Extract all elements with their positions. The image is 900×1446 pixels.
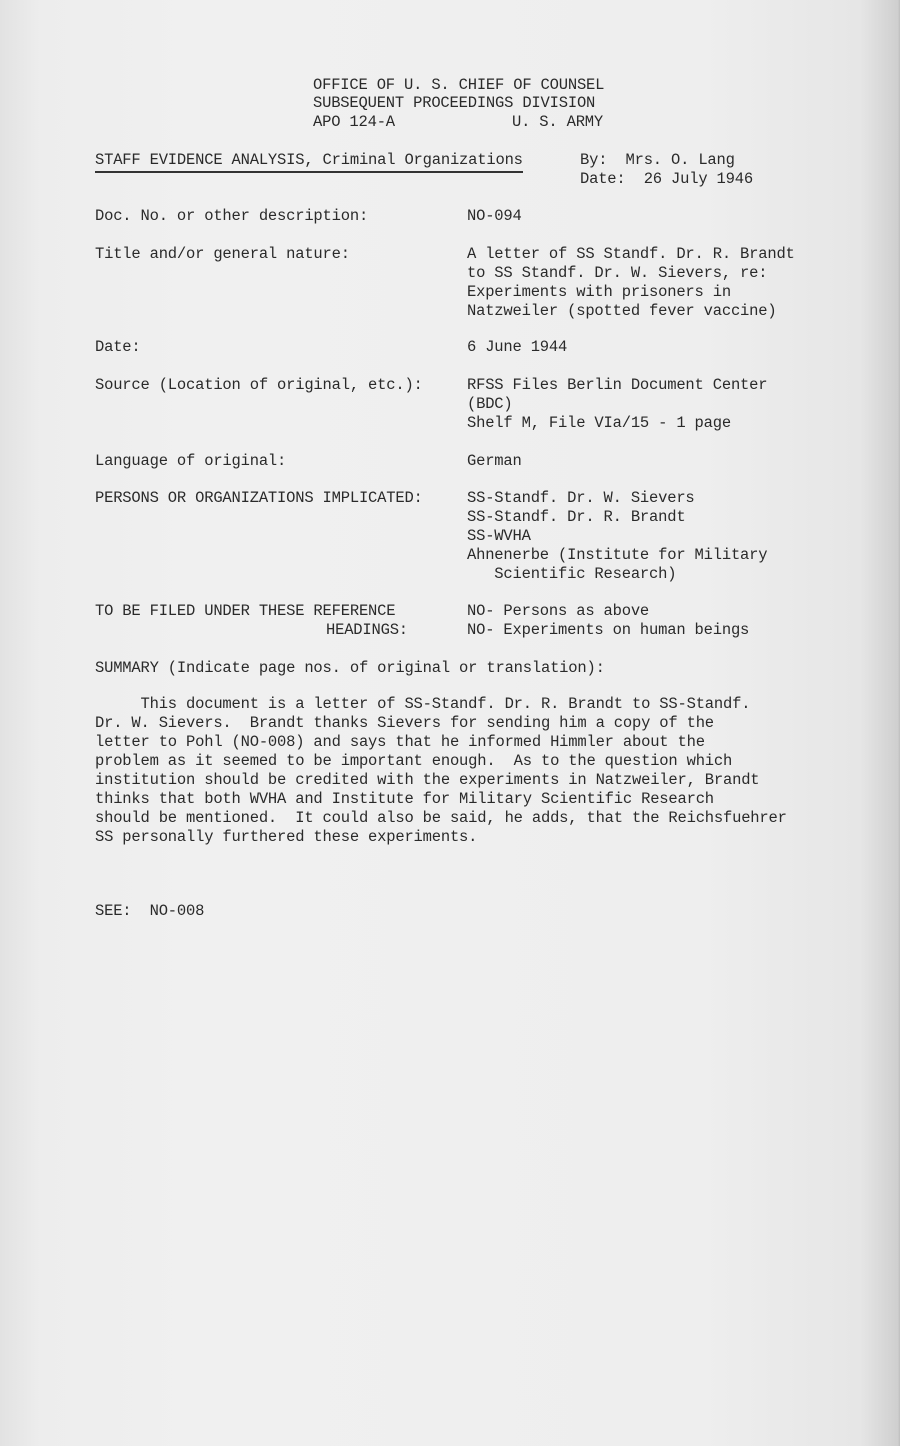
filed-line: NO- Experiments on human beings	[467, 621, 749, 640]
source-label: Source (Location of original, etc.):	[95, 376, 423, 395]
persons-line: Scientific Research)	[467, 565, 676, 584]
header-apo: APO 124-A	[313, 113, 395, 132]
doc-no-value: NO-094	[467, 207, 522, 226]
document-page: OFFICE OF U. S. CHIEF OF COUNSEL SUBSEQU…	[0, 0, 900, 1446]
filed-line: NO- Persons as above	[467, 602, 649, 621]
filed-label: TO BE FILED UNDER THESE REFERENCE	[95, 602, 395, 621]
persons-line: SS-Standf. Dr. R. Brandt	[467, 508, 685, 527]
analysis-date: Date: 26 July 1946	[580, 170, 753, 189]
summary-line: thinks that both WVHA and Institute for …	[95, 790, 714, 809]
persons-line: SS-WVHA	[467, 527, 531, 546]
header-army: U. S. ARMY	[512, 113, 603, 132]
title-line: Experiments with prisoners in	[467, 283, 731, 302]
persons-label: PERSONS OR ORGANIZATIONS IMPLICATED:	[95, 489, 423, 508]
summary-line: This document is a letter of SS-Standf. …	[95, 695, 750, 714]
persons-line: Ahnenerbe (Institute for Military	[467, 546, 767, 565]
language-label: Language of original:	[95, 452, 286, 471]
summary-line: should be mentioned. It could also be sa…	[95, 809, 787, 828]
summary-line: Dr. W. Sievers. Brandt thanks Sievers fo…	[95, 714, 714, 733]
summary-heading: SUMMARY (Indicate page nos. of original …	[95, 659, 605, 678]
summary-line: SS personally furthered these experiment…	[95, 828, 477, 847]
header-office: OFFICE OF U. S. CHIEF OF COUNSEL	[313, 76, 604, 95]
language-value: German	[467, 452, 522, 471]
date-value: 6 June 1944	[467, 338, 567, 357]
header-division: SUBSEQUENT PROCEEDINGS DIVISION	[313, 94, 595, 113]
document-title: STAFF EVIDENCE ANALYSIS, Criminal Organi…	[95, 151, 523, 173]
title-line: A letter of SS Standf. Dr. R. Brandt	[467, 245, 795, 264]
title-line: Natzweiler (spotted fever vaccine)	[467, 302, 776, 321]
doc-no-label: Doc. No. or other description:	[95, 207, 368, 226]
summary-line: institution should be credited with the …	[95, 771, 759, 790]
source-line: (BDC)	[467, 395, 513, 414]
see-reference: SEE: NO-008	[95, 902, 204, 921]
persons-line: SS-Standf. Dr. W. Sievers	[467, 489, 695, 508]
author: By: Mrs. O. Lang	[580, 151, 735, 170]
summary-line: letter to Pohl (NO-008) and says that he…	[95, 733, 705, 752]
title-line: to SS Standf. Dr. W. Sievers, re:	[467, 264, 767, 283]
source-line: Shelf M, File VIa/15 - 1 page	[467, 414, 731, 433]
date-label: Date:	[95, 338, 141, 357]
filed-label-2: HEADINGS:	[326, 621, 408, 640]
title-label: Title and/or general nature:	[95, 245, 350, 264]
summary-line: problem as it seemed to be important eno…	[95, 752, 732, 771]
source-line: RFSS Files Berlin Document Center	[467, 376, 767, 395]
